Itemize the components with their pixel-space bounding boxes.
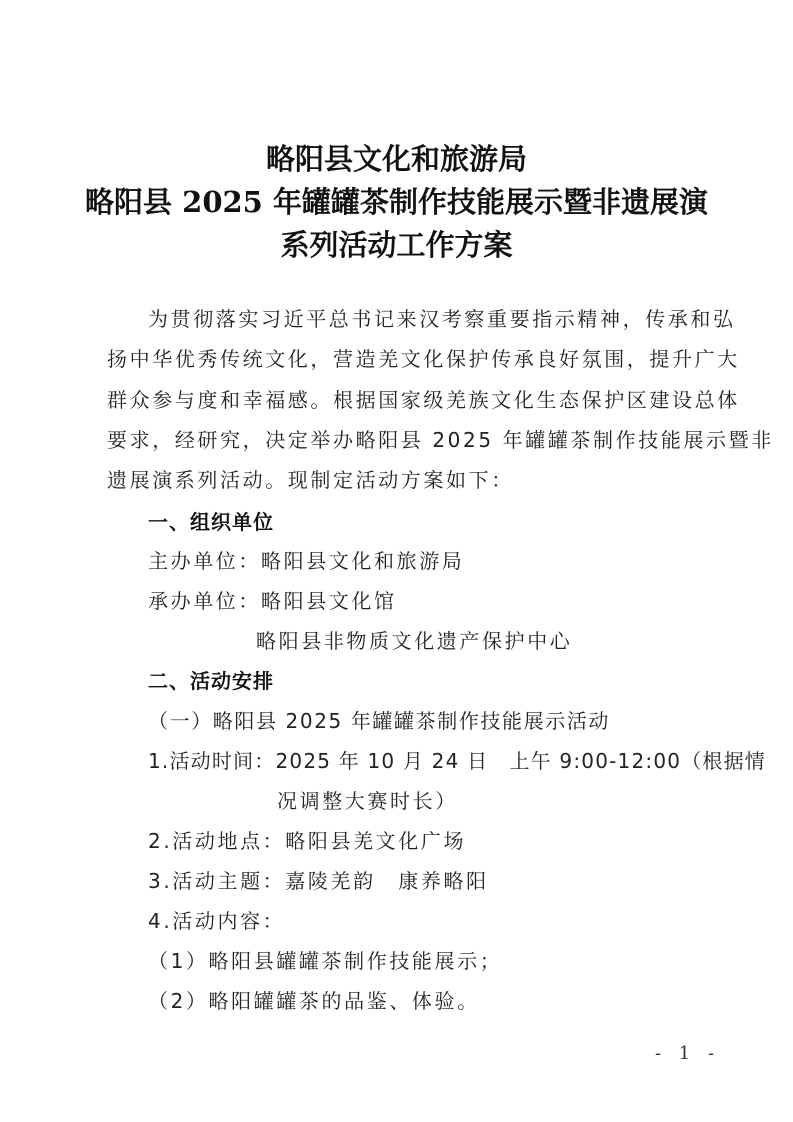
item-theme: 3.活动主题：嘉陵羌韵 康养略阳	[148, 865, 489, 894]
intro-line-2: 扬中华优秀传统文化，营造羌文化保护传承良好氛围，提升广大	[107, 343, 740, 372]
section-heading-arrangement: 二、活动安排	[148, 665, 274, 694]
item-time-line-1: 1.活动时间：2025 年 10 月 24 日 上午 9:00-12:00（根据…	[148, 745, 766, 774]
item-location: 2.活动地点：略阳县羌文化广场	[148, 825, 466, 854]
host-unit: 主办单位：略阳县文化和旅游局	[148, 545, 464, 574]
content-item-2: （2）略阳罐罐茶的品鉴、体验。	[148, 985, 480, 1014]
item-time-line-2: 况调整大赛时长）	[277, 785, 458, 814]
section-heading-organizers: 一、组织单位	[148, 506, 274, 535]
content-item-1: （1）略阳县罐罐茶制作技能展示；	[148, 945, 502, 974]
title-line-2: 略阳县 2025 年罐罐茶制作技能展示暨非遗展演	[0, 180, 793, 221]
intro-line-4: 要求，经研究，决定举办略阳县 2025 年罐罐茶制作技能展示暨非	[107, 424, 774, 453]
organizer-unit-2: 略阳县非物质文化遗产保护中心	[256, 625, 572, 654]
subsection-1: （一）略阳县 2025 年罐罐茶制作技能展示活动	[148, 705, 610, 734]
page-number: - 1 -	[655, 1043, 720, 1064]
item-content: 4.活动内容：	[148, 905, 285, 934]
intro-line-5: 遗展演系列活动。现制定活动方案如下：	[107, 464, 514, 493]
title-line-1: 略阳县文化和旅游局	[0, 137, 793, 178]
intro-line-3: 群众参与度和幸福感。根据国家级羌族文化生态保护区建设总体	[107, 384, 740, 413]
organizer-unit: 承办单位：略阳县文化馆	[148, 585, 397, 614]
title-line-3: 系列活动工作方案	[0, 223, 793, 264]
intro-line-1: 为贯彻落实习近平总书记来汉考察重要指示精神，传承和弘	[148, 303, 736, 332]
